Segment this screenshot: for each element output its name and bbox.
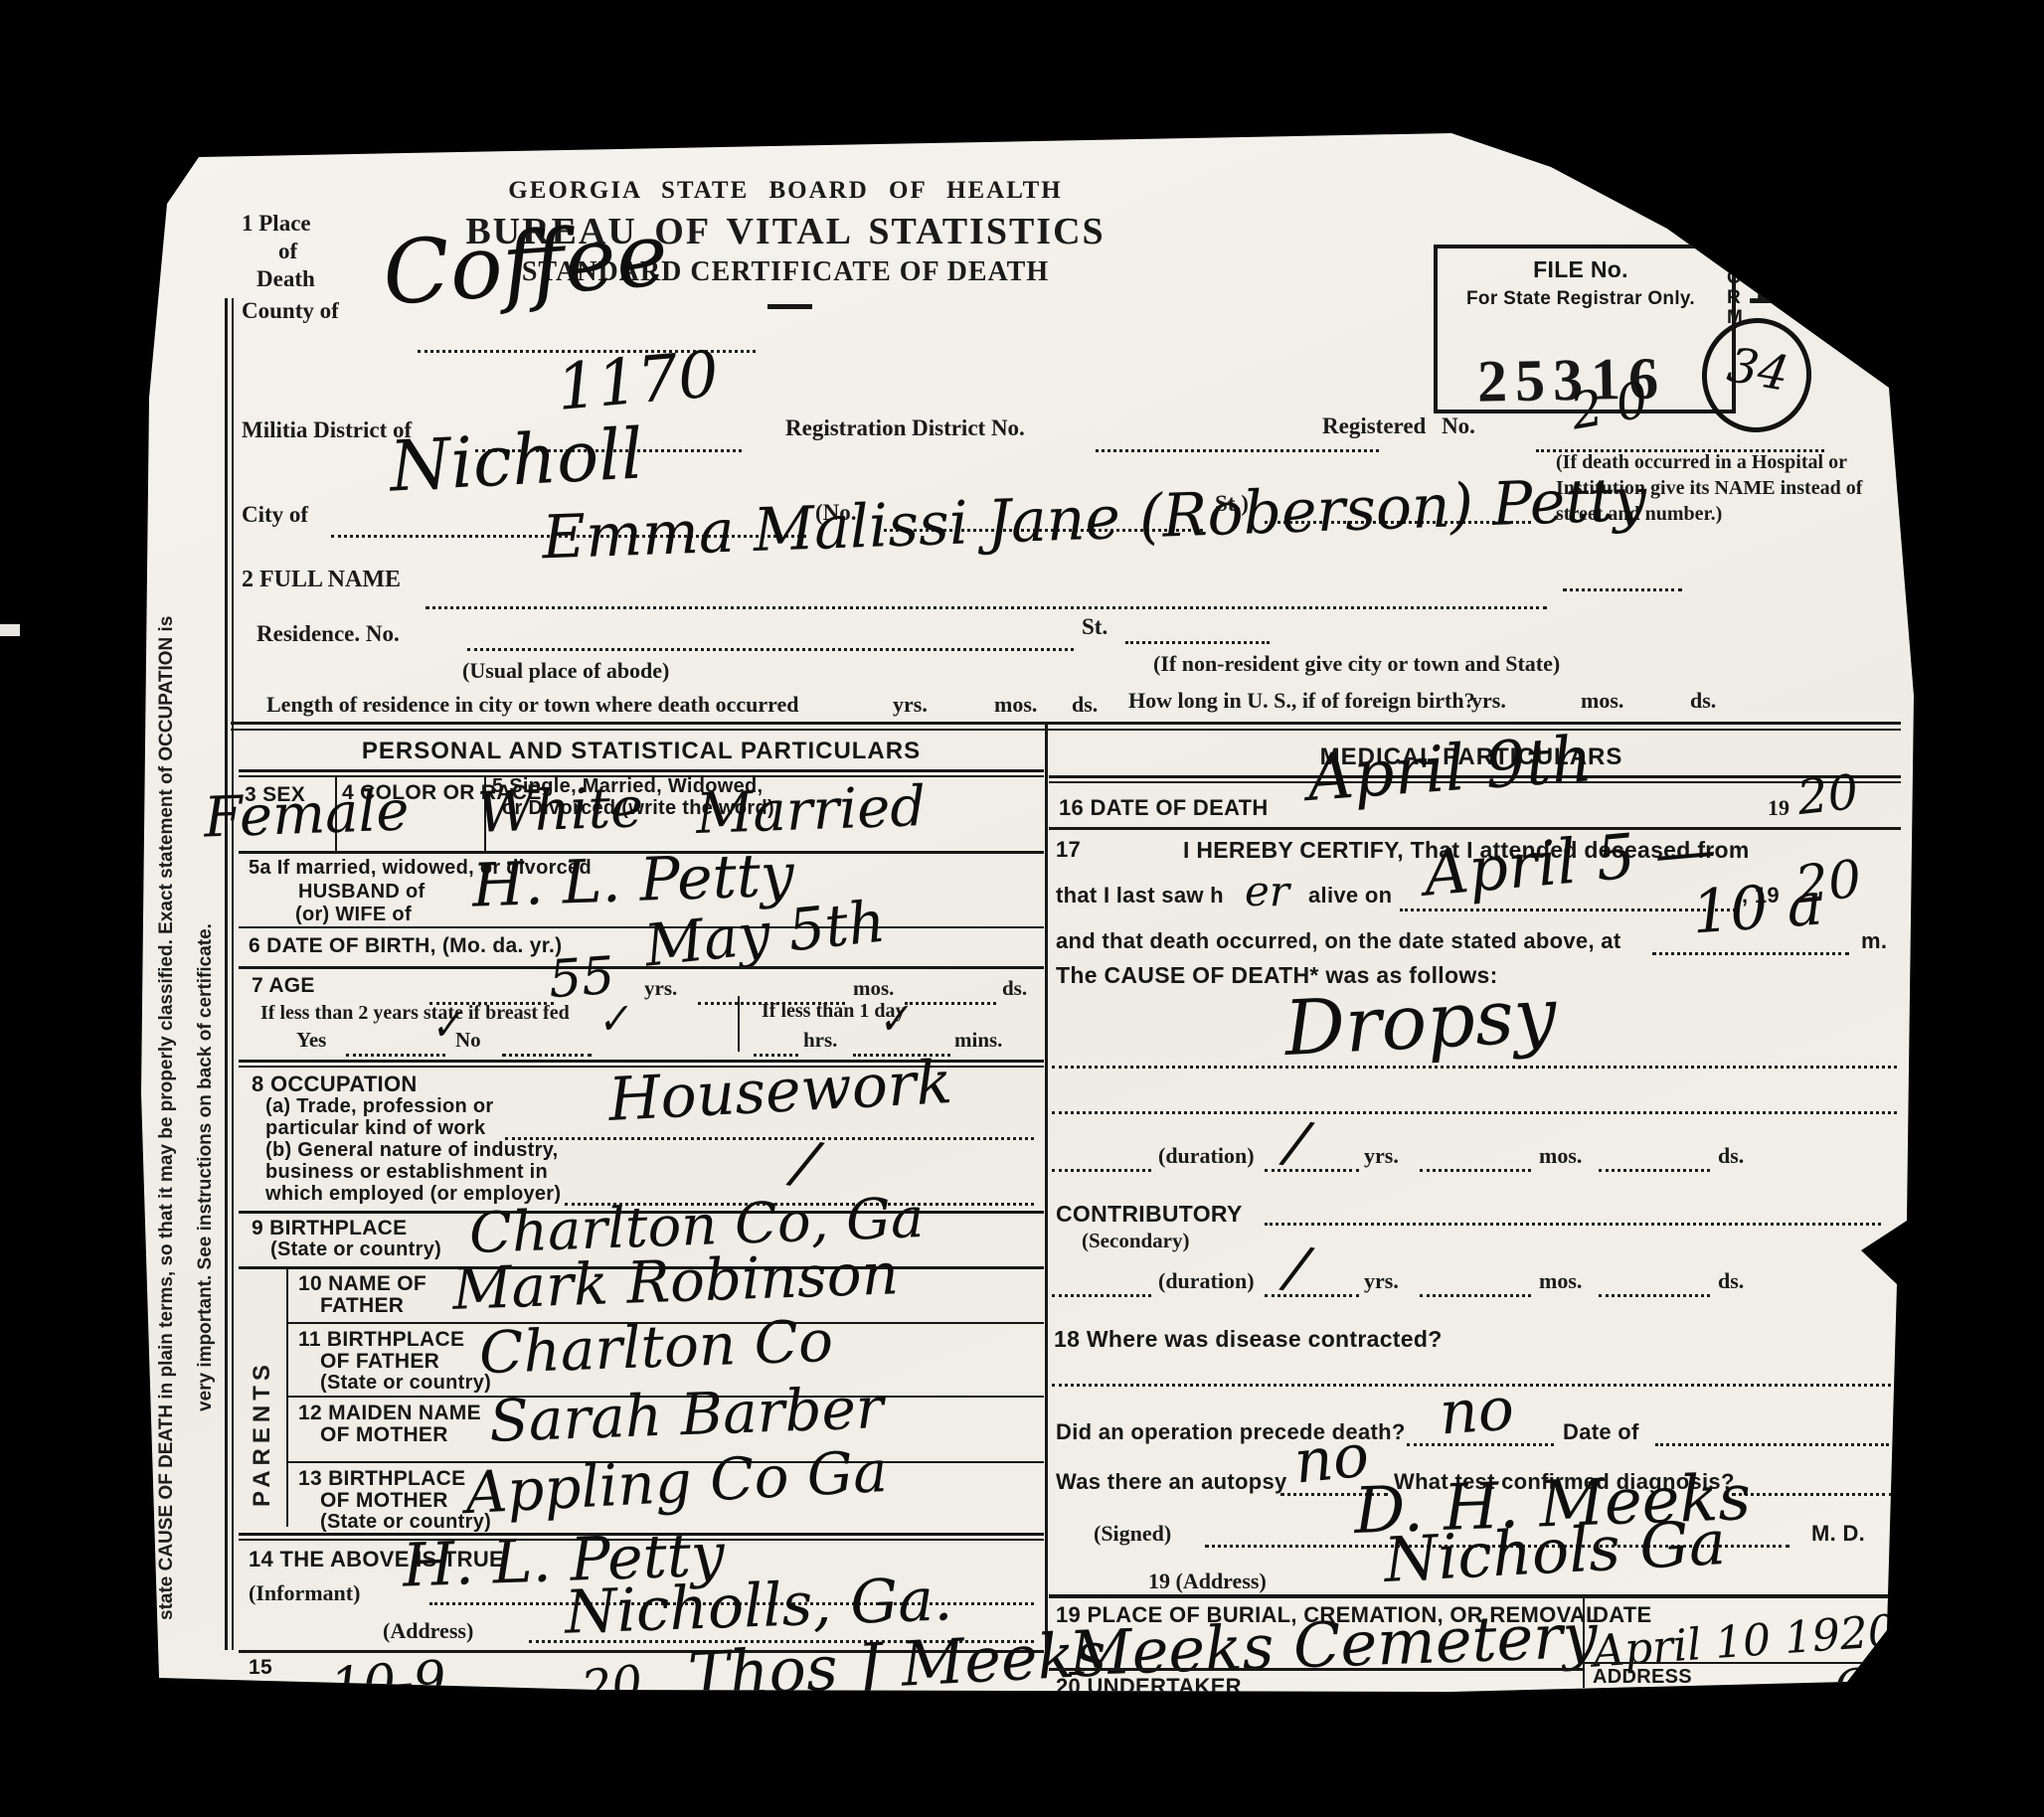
sex-value: Female <box>203 783 410 846</box>
duration2-mos: mos. <box>1539 1268 1582 1293</box>
physician-address-label: 19 (Address) <box>1148 1569 1267 1593</box>
file-box-subtitle: For State Registrar Only. <box>1438 288 1724 310</box>
father-bp-label-1: 11 BIRTHPLACE <box>298 1328 464 1352</box>
certify-num: 17 <box>1056 837 1081 862</box>
length-mos: mos. <box>994 692 1037 717</box>
occupation-a2: particular kind of work <box>265 1117 485 1140</box>
occupation-b1: (b) General nature of industry, <box>265 1139 559 1162</box>
row5a-bottom <box>239 926 1044 928</box>
duration2-value: / <box>1282 1238 1311 1298</box>
occurred-m: m. <box>1861 928 1887 953</box>
spouse-label-3: (or) WIFE of <box>295 904 412 926</box>
undertaker-value: H. T. Petty <box>1075 1684 1401 1756</box>
occupation-b-mark: / <box>789 1132 821 1195</box>
nonresident-note: (If non-resident give city or town and S… <box>1153 651 1560 676</box>
informant-label: (Informant) <box>249 1580 360 1605</box>
registered-no-label: Registered No. <box>1322 413 1475 439</box>
father-bp-label-2: OF FATHER <box>320 1350 439 1374</box>
lastsaw-dotted <box>1400 908 1736 911</box>
father-bp-label-3: (State or country) <box>320 1372 491 1395</box>
personal-title-rule-a <box>239 769 1044 772</box>
howlong-mos: mos. <box>1581 688 1623 713</box>
mins-label: mins. <box>954 1028 1002 1052</box>
cause-dotted-2 <box>1052 1111 1897 1114</box>
contributory-label: CONTRIBUTORY <box>1056 1201 1243 1227</box>
father-label-1: 10 NAME OF <box>298 1272 426 1296</box>
full-name-value: Emma Malissi Jane (Roberson) Petty <box>541 470 1647 569</box>
father-bp-value: Charlton Co <box>478 1312 834 1382</box>
dob-label: 6 DATE OF BIRTH, (Mo. da. yr.) <box>249 934 562 958</box>
duration2-dotted-b <box>1420 1294 1531 1297</box>
filed-label: Filed <box>249 1684 296 1709</box>
operation-value: no <box>1438 1379 1516 1443</box>
full-name-dotted-2 <box>1563 588 1682 591</box>
age-sub-divider <box>738 996 740 1052</box>
contracted-label: 18 Where was disease contracted? <box>1054 1326 1443 1352</box>
check-mark-2: ✓ <box>594 998 632 1042</box>
column-divider <box>1045 722 1048 1656</box>
lastsaw-mid: alive on <box>1308 883 1392 908</box>
mother-label-2: OF MOTHER <box>320 1423 448 1447</box>
full-name-dotted <box>426 606 1547 609</box>
contributory-sub: (Secondary) <box>1082 1229 1190 1252</box>
race-value: White <box>476 780 644 842</box>
lastsaw-value: April 5 — <box>1422 818 1719 905</box>
no-dotted <box>502 1054 592 1057</box>
age-dotted-3 <box>905 1002 996 1005</box>
dod-label: 16 DATE OF DEATH <box>1059 795 1269 820</box>
duration1-label: (duration) <box>1158 1143 1255 1168</box>
edge-fleck <box>0 624 20 636</box>
check-mark-3: ✓ <box>874 998 913 1042</box>
row6-bottom <box>239 966 1044 969</box>
yes-label: Yes <box>296 1028 326 1052</box>
lastsaw-pre: that I last saw h <box>1056 883 1224 908</box>
margin-note-line3: very important. See instructions on back… <box>195 944 217 1411</box>
check-mark-1: ✓ <box>426 1004 465 1048</box>
informant-address-label: (Address) <box>383 1618 473 1643</box>
filed-value: 10-9 <box>328 1654 447 1714</box>
registration-dotted <box>1096 449 1379 452</box>
test-dotted <box>1732 1493 1893 1496</box>
parents-label: PARENTS <box>249 1268 276 1507</box>
duration2-dotted-a <box>1265 1294 1359 1297</box>
certificate-paper: N. B.—Every item of information should b… <box>0 0 2044 1817</box>
occupation-a1: (a) Trade, profession or <box>265 1095 493 1118</box>
file-box-title: FILE No. <box>1438 256 1724 282</box>
yes-dotted <box>346 1054 445 1057</box>
duration2-ds: ds. <box>1718 1268 1744 1293</box>
occurred-dotted <box>1652 952 1849 955</box>
burial-bottom <box>1049 1668 1583 1671</box>
registrar-label: Registrar <box>925 1708 1019 1732</box>
circled-number-value: 34 <box>1724 341 1791 399</box>
abode-note: (Usual place of abode) <box>462 658 669 683</box>
filed-year-value: 20 <box>580 1659 645 1713</box>
filed-year-prefix: 19 <box>537 1684 559 1709</box>
place-label-2: of <box>278 239 297 264</box>
duration1-mos: mos. <box>1539 1143 1582 1168</box>
howlong-yrs: yrs. <box>1471 688 1506 713</box>
occupation-b2: business or establishment in <box>265 1161 548 1184</box>
length-yrs: yrs. <box>893 692 928 717</box>
militia-label: Militia District of <box>242 417 412 443</box>
duration2-yrs: yrs. <box>1364 1268 1399 1293</box>
physician-address-value: Nichols Ga <box>1383 1512 1728 1591</box>
mother-bp-label-1: 13 BIRTHPLACE <box>298 1467 465 1491</box>
form-number: 1 <box>1747 260 1774 315</box>
registrar-dotted <box>668 1704 1006 1707</box>
header-dash <box>767 304 812 309</box>
undertaker-address-value-1: Nichols <box>1681 1677 1890 1741</box>
operation-dotted <box>1407 1443 1554 1446</box>
duration1-dotted-a <box>1265 1169 1359 1172</box>
dateof-dotted <box>1655 1443 1889 1446</box>
duration1-yrs: yrs. <box>1364 1143 1399 1168</box>
registrar-signature: Thos J Meeks <box>687 1623 1108 1707</box>
mother-bp-label-2: OF MOTHER <box>320 1489 448 1513</box>
scanned-death-certificate: N. B.—Every item of information should b… <box>0 0 2044 1817</box>
md-label: M. D. <box>1811 1521 1865 1546</box>
occupation-a-dotted <box>505 1137 1034 1140</box>
birthplace-sub: (State or country) <box>270 1239 441 1261</box>
dod-value: April 9th <box>1305 728 1594 811</box>
city-value: Nicholl <box>388 418 644 501</box>
duration1-dotted-pre <box>1052 1169 1151 1172</box>
occurred-value: 10 a <box>1690 874 1824 942</box>
duration2-dotted-pre <box>1052 1294 1151 1297</box>
place-label-4: County of <box>242 298 339 324</box>
age-label: 7 AGE <box>252 974 315 998</box>
filed-dotted <box>310 1704 527 1707</box>
signed-label: (Signed) <box>1094 1521 1171 1546</box>
margin-note-line2: state CAUSE OF DEATH in plain terms, so … <box>156 378 178 1620</box>
form-left-rule-outer <box>225 298 228 1650</box>
duration1-ds: ds. <box>1718 1143 1744 1168</box>
residence-st-dotted <box>1125 641 1270 644</box>
father-label-2: FATHER <box>320 1294 404 1318</box>
father-value: Mark Robinson <box>451 1244 900 1318</box>
age-ds: ds. <box>1002 976 1027 1000</box>
medical-heavy-rule <box>1049 1594 1901 1598</box>
dod-year-value: 20 <box>1795 768 1861 822</box>
full-name-label: 2 FULL NAME <box>242 567 401 594</box>
place-label-3: Death <box>256 266 315 292</box>
dod-year-prefix: 19 <box>1768 795 1789 820</box>
mother-bp-value: Appling Co Ga <box>464 1442 889 1522</box>
undertaker-address-label: ADDRESS <box>1593 1666 1692 1689</box>
howlong-ds: ds. <box>1690 688 1716 713</box>
marital-value: Married <box>695 779 927 843</box>
hrs-label: hrs. <box>803 1028 837 1052</box>
occupation-value: Housework <box>607 1053 954 1130</box>
place-label-1: 1 Place <box>242 211 311 237</box>
county-value: Coffee <box>380 211 670 318</box>
age-yrs: yrs. <box>644 976 677 1000</box>
howlong-label: How long in U. S., if of foreign birth? <box>1128 688 1475 713</box>
spouse-label-2: HUSBAND of <box>298 881 425 904</box>
section-rule-b <box>231 729 1901 731</box>
militia-value: 1170 <box>555 343 722 420</box>
form-label-vertical: FORM <box>1727 248 1743 328</box>
duration1-value: / <box>1282 1112 1311 1173</box>
margin-note-line1: N. B.—Every item of information should b… <box>117 348 139 1620</box>
residence-st-label: St. <box>1082 614 1107 640</box>
filed-num: 15 <box>249 1656 272 1680</box>
length-ds: ds. <box>1072 692 1098 717</box>
filed-year-dotted <box>567 1704 654 1707</box>
lastsaw-hw: er <box>1245 871 1289 912</box>
cause-value: Dropsy <box>1282 977 1558 1067</box>
section-rule-a <box>231 722 1901 725</box>
autopsy-label: Was there an autopsy <box>1056 1469 1287 1494</box>
undertaker-address-value-2: Ga <box>1832 1660 1899 1710</box>
occurred-label: and that death occurred, on the date sta… <box>1056 928 1620 953</box>
length-label: Length of residence in city or town wher… <box>266 692 798 717</box>
duration2-dotted-c <box>1599 1294 1710 1297</box>
city-label: City of <box>242 502 308 528</box>
row16-bottom <box>1049 827 1901 830</box>
duration1-dotted-b <box>1420 1169 1531 1172</box>
residence-dotted <box>467 648 1074 651</box>
duration2-label: (duration) <box>1158 1268 1255 1293</box>
contributory-dotted <box>1265 1223 1881 1226</box>
residence-label: Residence. No. <box>256 621 400 647</box>
dateof-label: Date of <box>1563 1419 1639 1444</box>
registered-no-value: 20 <box>1567 372 1665 436</box>
registration-district-label: Registration District No. <box>785 415 1025 441</box>
cause-dotted-1 <box>1052 1066 1897 1069</box>
breastfed-label: If less than 2 years state if breast fed <box>260 1002 570 1025</box>
occupation-label: 8 OCCUPATION <box>252 1072 418 1096</box>
form-left-rule-inner <box>232 298 234 1650</box>
birthplace-label: 9 BIRTHPLACE <box>252 1217 407 1240</box>
duration1-dotted-c <box>1599 1169 1710 1172</box>
personal-title: PERSONAL AND STATISTICAL PARTICULARS <box>239 738 1044 765</box>
mother-label-1: 12 MAIDEN NAME <box>298 1402 481 1425</box>
board-title: GEORGIA STATE BOARD OF HEALTH <box>427 177 1143 206</box>
